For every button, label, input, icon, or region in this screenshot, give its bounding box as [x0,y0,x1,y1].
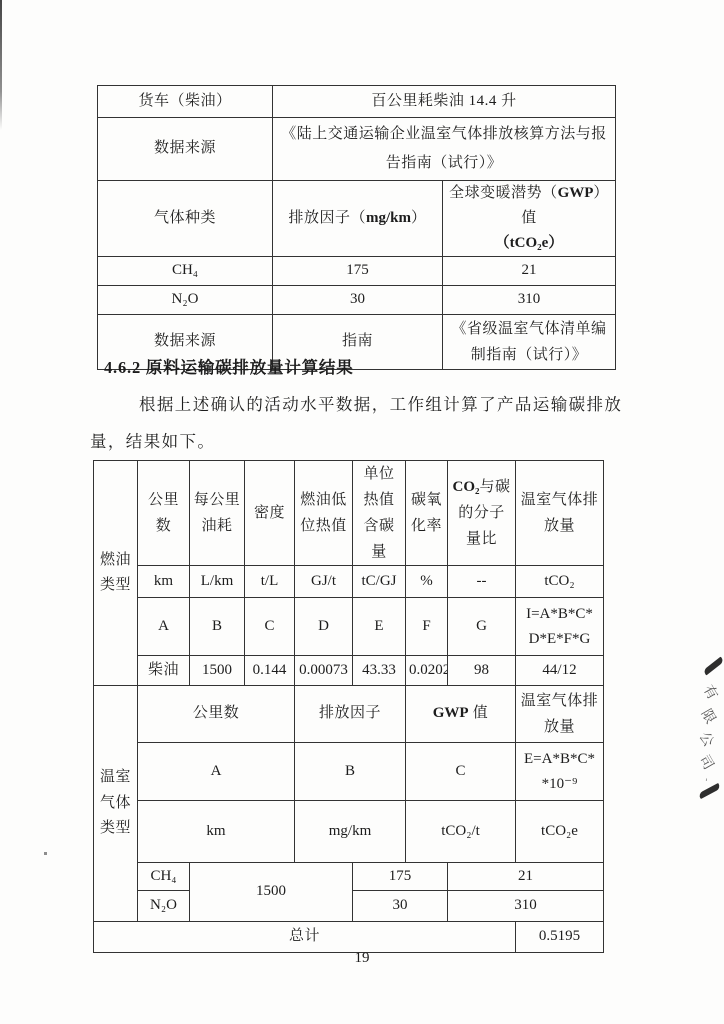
vehicle-value-cell: 百公里耗柴油 14.4 升 [273,86,616,118]
emission-factor-table: 货车（柴油） 百公里耗柴油 14.4 升 数据来源 《陆上交通运输企业温室气体排… [97,85,616,370]
unit-cell: L/km [190,566,245,598]
header-cell-gwp: GWP 值 [406,686,516,743]
letter-cell: F [406,598,448,656]
units-row: km mg/km tCO₂/t tCO₂e [94,801,604,863]
page-number: 19 [0,950,724,967]
gas-name-cell: N₂O [138,891,190,922]
table-cell: 310 [443,286,616,315]
ch4-data-row: CH₄ 1500 175 21 0.0055 [94,863,604,891]
header-cell-km: 公里数 [138,461,190,566]
seal-char: 限 [697,705,721,727]
scan-edge-artifact [0,0,2,130]
header-text: 值 [469,705,489,721]
table-cell: 21 [448,863,604,891]
table-header-row: 燃油类型 公里数 每公里油耗 密度 燃油低位热值 单位热值含碳量 碳氧化率 CO… [94,461,604,566]
unit-cell: tCO₂/t [406,801,516,863]
ghg-type-axis-cell: 温室气体类型 [94,686,138,922]
diesel-data-row: 柴油 1500 0.144 0.00073 43.33 0.0202 98 44… [94,656,604,686]
letter-cell: C [245,598,295,656]
total-row: 总计 0.5195 [94,922,604,953]
table-cell: 98 [448,656,516,686]
fuel-type-axis-cell: 燃油类型 [94,461,138,686]
letters-row: A B C D E F G I=A*B*C* D*E*F*G [94,598,604,656]
formula-line: E=A*B*C* [519,747,600,772]
header-cell-heat-value: 燃油低位热值 [295,461,353,566]
table-cell: 30 [353,891,448,922]
gas-type-header-cell: 气体种类 [98,181,273,257]
table-header-row: 气体种类 排放因子（mg/km） 全球变暖潜势（GWP）值 （tCO₂e） [98,181,616,257]
header-cell-carbon-content: 单位热值含碳量 [353,461,406,566]
table-row: CH₄ 175 21 [98,257,616,286]
table-cell: 0.00073 [295,656,353,686]
unit-cell: mg/km [295,801,406,863]
source-value-cell: 《省级温室气体清单编制指南（试行）》 [443,315,616,370]
formula-cell: I=A*B*C* D*E*F*G [516,598,604,656]
header-cell-oxidation-rate: 碳氧化率 [406,461,448,566]
paragraph-line: 根据上述确认的活动水平数据，工作组计算了产品运输碳排放 [90,386,642,423]
letter-cell: D [295,598,353,656]
unit-cell: % [406,566,448,598]
letter-cell: A [138,743,295,801]
formula-line: *10⁻⁹ [519,772,600,797]
header-text: ） [411,210,427,226]
letter-cell: E [353,598,406,656]
seal-fragment: 有 限 公 司 、 [691,656,724,808]
calculation-result-table: 燃油类型 公里数 每公里油耗 密度 燃油低位热值 单位热值含碳量 碳氧化率 CO… [93,460,604,953]
header-unit: GWP [433,705,469,721]
table-cell: 310 [448,891,604,922]
formula-line: I=A*B*C* [519,602,600,627]
table-cell: 175 [353,863,448,891]
emission-factor-header-cell: 排放因子（mg/km） [273,181,443,257]
table-header-row: 温室气体类型 公里数 排放因子 GWP 值 温室气体排放量 [94,686,604,743]
unit-cell: km [138,801,295,863]
letter-cell: A [138,598,190,656]
body-paragraph: 根据上述确认的活动水平数据，工作组计算了产品运输碳排放 量，结果如下。 [90,386,642,460]
table-row: 数据来源 《陆上交通运输企业温室气体排放核算方法与报告指南（试行）》 [98,118,616,181]
vehicle-label-cell: 货车（柴油） [98,86,273,118]
table-row: N₂O 30 310 [98,286,616,315]
table-cell: 30 [273,286,443,315]
source-label-cell: 数据来源 [98,118,273,181]
table-cell: 0.0202 [406,656,448,686]
unit-cell: km [138,566,190,598]
total-value-cell: 0.5195 [516,922,604,953]
seal-char: 公 [695,728,719,750]
header-text: 全球变暖潜势（ [449,185,558,201]
header-cell-ghg-emission: 温室气体排放量 [516,461,604,566]
letter-cell: G [448,598,516,656]
header-cell-emission-factor: 排放因子 [295,686,406,743]
table-cell: 44/12 [516,656,604,686]
unit-cell: tC/GJ [353,566,406,598]
document-page: 货车（柴油） 百公里耗柴油 14.4 升 数据来源 《陆上交通运输企业温室气体排… [0,0,724,1024]
letter-cell: B [190,598,245,656]
table-cell: 43.33 [353,656,406,686]
unit-cell: tCO₂ [516,566,604,598]
km-value-cell: 1500 [190,863,353,922]
section-heading: 4.6.2 原料运输碳排放量计算结果 [104,354,354,378]
table-cell: 21 [443,257,616,286]
units-row: km L/km t/L GJ/t tC/GJ % -- tCO₂ [94,566,604,598]
table-cell: 0.144 [245,656,295,686]
table-row: 货车（柴油） 百公里耗柴油 14.4 升 [98,86,616,118]
header-unit: mg/km [366,210,411,226]
seal-arc-stroke [703,657,724,676]
header-cell-fuel-per-km: 每公里油耗 [190,461,245,566]
seal-char: 司 [695,751,719,773]
seal-char: 有 [699,681,723,703]
gas-name-cell: N₂O [98,286,273,315]
header-unit: CO₂ [452,479,479,495]
unit-cell: tCO₂e [516,801,604,863]
gwp-header-cell: 全球变暖潜势（GWP）值 （tCO₂e） [443,181,616,257]
header-text: 排放因子（ [288,210,366,226]
header-cell-co2-ratio: CO₂与碳的分子量比 [448,461,516,566]
header-unit: GWP [558,185,594,201]
paragraph-line: 量，结果如下。 [90,423,642,460]
gwp-header-line2: （tCO₂e） [446,231,612,256]
header-cell-density: 密度 [245,461,295,566]
formula-cell: E=A*B*C* *10⁻⁹ [516,743,604,801]
table-cell: 175 [273,257,443,286]
total-label-cell: 总计 [94,922,516,953]
gwp-header-line1: 全球变暖潜势（GWP）值 [446,181,612,231]
fuel-name-cell: 柴油 [138,656,190,686]
source-value-cell: 《陆上交通运输企业温室气体排放核算方法与报告指南（试行）》 [273,118,616,181]
unit-cell: -- [448,566,516,598]
scan-speck-artifact [44,852,47,855]
letter-cell: B [295,743,406,801]
table-cell: 1500 [190,656,245,686]
formula-line: D*E*F*G [519,627,600,652]
letter-cell: C [406,743,516,801]
header-cell-km: 公里数 [138,686,295,743]
gas-name-cell: CH₄ [138,863,190,891]
unit-cell: GJ/t [295,566,353,598]
gas-name-cell: CH₄ [98,257,273,286]
letters-row: A B C E=A*B*C* *10⁻⁹ [94,743,604,801]
header-cell-ghg-emission: 温室气体排放量 [516,686,604,743]
unit-cell: t/L [245,566,295,598]
